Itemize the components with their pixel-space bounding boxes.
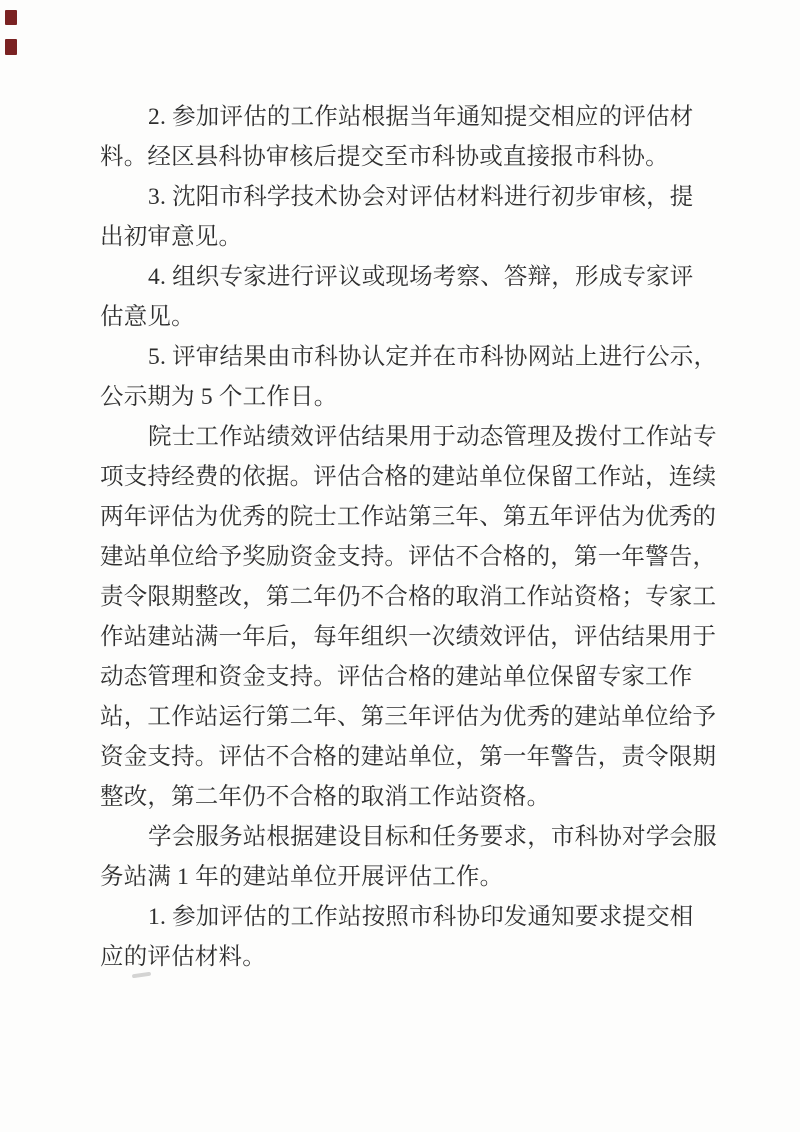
scan-red-mark-bottom: [5, 39, 17, 55]
text-line: 料。经区县科协审核后提交至市科协或直接报市科协。: [100, 137, 716, 177]
text-line: 院士工作站绩效评估结果用于动态管理及拨付工作站专: [100, 417, 716, 457]
text-line: 4. 组织专家进行评议或现场考察、答辩，形成专家评: [100, 257, 716, 297]
text-line: 站，工作站运行第二年、第三年评估为优秀的建站单位给予: [100, 697, 716, 737]
text-line: 学会服务站根据建设目标和任务要求，市科协对学会服: [100, 817, 716, 857]
text-line: 建站单位给予奖励资金支持。评估不合格的，第一年警告，: [100, 537, 716, 577]
text-line: 作站建站满一年后，每年组织一次绩效评估，评估结果用于: [100, 617, 716, 657]
text-line: 责令限期整改，第二年仍不合格的取消工作站资格；专家工: [100, 577, 716, 617]
text-line: 应的评估材料。: [100, 937, 716, 977]
document-page: 2. 参加评估的工作站根据当年通知提交相应的评估材料。经区县科协审核后提交至市科…: [0, 0, 800, 1132]
document-text-block: 2. 参加评估的工作站根据当年通知提交相应的评估材料。经区县科协审核后提交至市科…: [100, 97, 716, 977]
text-line: 1. 参加评估的工作站按照市科协印发通知要求提交相: [100, 897, 716, 937]
scan-red-mark-top: [5, 10, 17, 25]
text-line: 2. 参加评估的工作站根据当年通知提交相应的评估材: [100, 97, 716, 137]
text-line: 估意见。: [100, 297, 716, 337]
text-line: 出初审意见。: [100, 217, 716, 257]
text-line: 动态管理和资金支持。评估合格的建站单位保留专家工作: [100, 657, 716, 697]
text-line: 3. 沈阳市科学技术协会对评估材料进行初步审核，提: [100, 177, 716, 217]
text-line: 5. 评审结果由市科协认定并在市科协网站上进行公示，: [100, 337, 716, 377]
text-line: 项支持经费的依据。评估合格的建站单位保留工作站，连续: [100, 457, 716, 497]
text-line: 公示期为 5 个工作日。: [100, 377, 716, 417]
text-line: 两年评估为优秀的院士工作站第三年、第五年评估为优秀的: [100, 497, 716, 537]
text-line: 务站满 1 年的建站单位开展评估工作。: [100, 857, 716, 897]
text-line: 整改，第二年仍不合格的取消工作站资格。: [100, 777, 716, 817]
text-line: 资金支持。评估不合格的建站单位，第一年警告，责令限期: [100, 737, 716, 777]
